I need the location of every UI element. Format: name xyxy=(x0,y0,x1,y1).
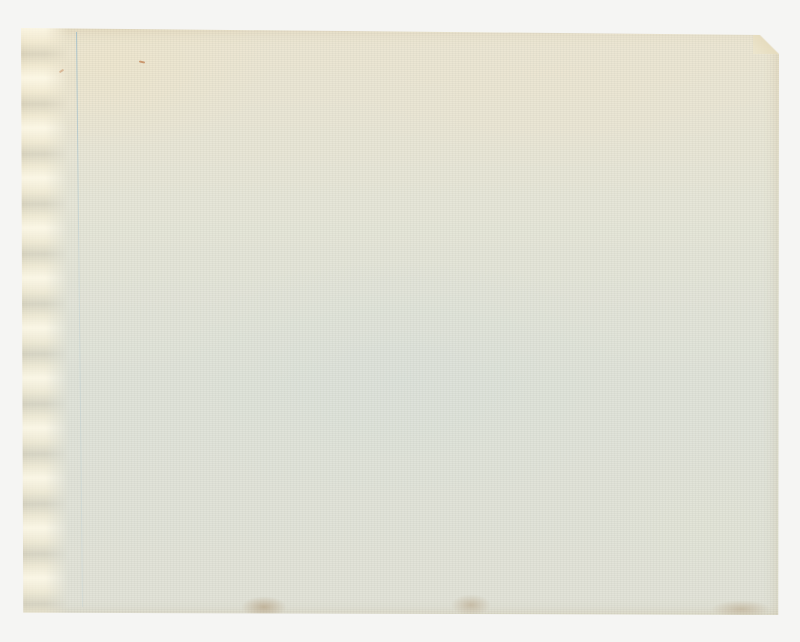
brown-stain xyxy=(451,594,491,616)
scan-background xyxy=(0,0,800,642)
blank-aged-paper xyxy=(21,28,779,615)
brown-stain xyxy=(241,596,287,618)
crinkled-left-edge xyxy=(21,28,69,615)
faint-margin-line xyxy=(76,32,83,607)
brown-stain xyxy=(711,600,771,618)
reddish-speck xyxy=(139,60,145,63)
dog-eared-corner xyxy=(753,28,779,54)
